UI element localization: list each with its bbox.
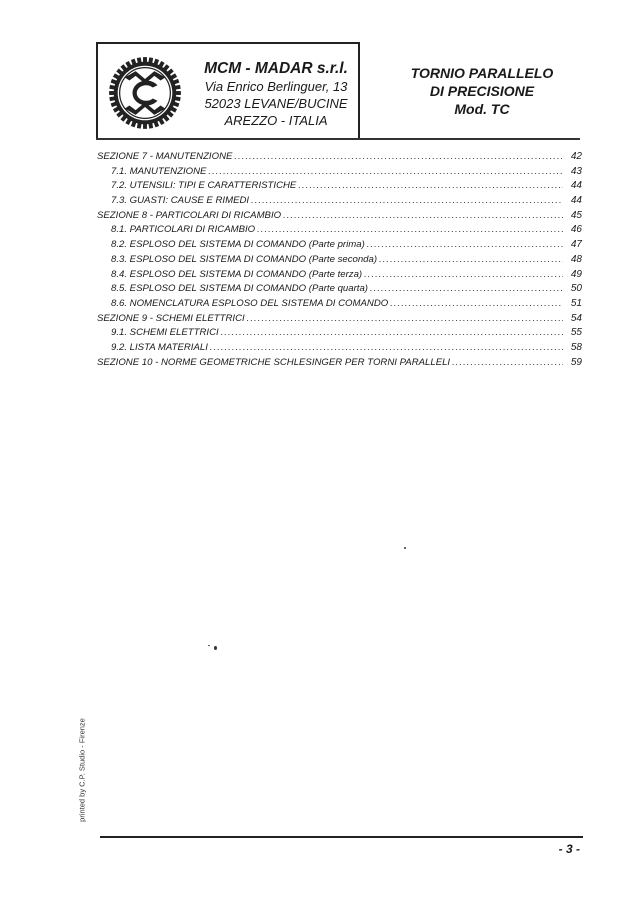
toc-dot-leader [221, 327, 563, 338]
scan-speck [214, 646, 217, 650]
header-rule [96, 138, 580, 140]
toc-entry-page: 43 [566, 166, 582, 177]
toc-entry: 7.2. UTENSILI: TIPI E CARATTERISTICHE44 [97, 180, 582, 195]
toc-dot-leader [247, 313, 563, 324]
toc-entry-page: 54 [566, 313, 582, 324]
footer-rule [100, 836, 583, 838]
toc-entry-page: 59 [566, 357, 582, 368]
company-header-box: MCM - MADAR s.r.l. Via Enrico Berlinguer… [96, 42, 360, 140]
toc-dot-leader [257, 224, 563, 235]
toc-dot-leader [379, 254, 563, 265]
toc-entry-label: 7.1. MANUTENZIONE [111, 166, 206, 177]
toc-entry-page: 44 [566, 195, 582, 206]
toc-entry: 8.5. ESPLOSO DEL SISTEMA DI COMANDO (Par… [97, 283, 582, 298]
toc-entry: 8.3. ESPLOSO DEL SISTEMA DI COMANDO (Par… [97, 254, 582, 269]
toc-entry: 7.1. MANUTENZIONE43 [97, 166, 582, 181]
toc-dot-leader [298, 180, 563, 191]
toc-dot-leader [210, 342, 563, 353]
toc-entry-label: 8.5. ESPLOSO DEL SISTEMA DI COMANDO (Par… [111, 283, 368, 294]
scan-speck [208, 645, 210, 646]
toc-entry-label: 8.1. PARTICOLARI DI RICAMBIO [111, 224, 255, 235]
toc-entry-label: 7.3. GUASTI: CAUSE E RIMEDI [111, 195, 249, 206]
toc-entry-label: 9.2. LISTA MATERIALI [111, 342, 208, 353]
toc-entry-page: 44 [566, 180, 582, 191]
scan-speck [404, 547, 406, 549]
toc-entry-label: SEZIONE 8 - PARTICOLARI DI RICAMBIO [97, 210, 281, 221]
toc-dot-leader [364, 269, 563, 280]
toc-entry-label: SEZIONE 10 - NORME GEOMETRICHE SCHLESING… [97, 357, 450, 368]
product-title: TORNIO PARALLELO DI PRECISIONE Mod. TC [372, 64, 592, 118]
toc-dot-leader [452, 357, 563, 368]
toc-entry: SEZIONE 7 - MANUTENZIONE42 [97, 151, 582, 166]
toc-entry: 9.2. LISTA MATERIALI58 [97, 342, 582, 357]
toc-dot-leader [370, 283, 563, 294]
toc-dot-leader [251, 195, 563, 206]
toc-entry: 7.3. GUASTI: CAUSE E RIMEDI44 [97, 195, 582, 210]
toc-entry-label: SEZIONE 7 - MANUTENZIONE [97, 151, 232, 162]
product-model: Mod. TC [372, 100, 592, 118]
company-info: MCM - MADAR s.r.l. Via Enrico Berlinguer… [196, 59, 356, 129]
toc-dot-leader [208, 166, 563, 177]
product-title-line2: DI PRECISIONE [372, 82, 592, 100]
company-address-line3: AREZZO - ITALIA [196, 112, 356, 129]
toc-entry-label: 8.3. ESPLOSO DEL SISTEMA DI COMANDO (Par… [111, 254, 377, 265]
toc-entry-page: 46 [566, 224, 582, 235]
toc-entry-page: 47 [566, 239, 582, 250]
toc-entry-label: 7.2. UTENSILI: TIPI E CARATTERISTICHE [111, 180, 296, 191]
toc-entry: SEZIONE 9 - SCHEMI ELETTRICI54 [97, 313, 582, 328]
gear-cmc-logo-icon [106, 54, 184, 132]
toc-entry-label: 8.2. ESPLOSO DEL SISTEMA DI COMANDO (Par… [111, 239, 365, 250]
table-of-contents: SEZIONE 7 - MANUTENZIONE427.1. MANUTENZI… [97, 151, 582, 371]
toc-dot-leader [283, 210, 563, 221]
toc-dot-leader [367, 239, 563, 250]
toc-entry: 8.1. PARTICOLARI DI RICAMBIO46 [97, 224, 582, 239]
toc-entry-label: SEZIONE 9 - SCHEMI ELETTRICI [97, 313, 245, 324]
toc-dot-leader [390, 298, 563, 309]
product-title-line1: TORNIO PARALLELO [372, 64, 592, 82]
toc-entry-label: 8.6. NOMENCLATURA ESPLOSO DEL SISTEMA DI… [111, 298, 388, 309]
toc-entry: 9.1. SCHEMI ELETTRICI55 [97, 327, 582, 342]
toc-entry-label: 8.4. ESPLOSO DEL SISTEMA DI COMANDO (Par… [111, 269, 362, 280]
toc-entry-page: 58 [566, 342, 582, 353]
toc-entry-page: 45 [566, 210, 582, 221]
company-address-line2: 52023 LEVANE/BUCINE [196, 95, 356, 112]
toc-entry-page: 55 [566, 327, 582, 338]
toc-entry: SEZIONE 8 - PARTICOLARI DI RICAMBIO45 [97, 210, 582, 225]
toc-entry-page: 42 [566, 151, 582, 162]
toc-entry-page: 51 [566, 298, 582, 309]
toc-entry-label: 9.1. SCHEMI ELETTRICI [111, 327, 219, 338]
company-name: MCM - MADAR s.r.l. [196, 59, 356, 78]
toc-dot-leader [234, 151, 563, 162]
toc-entry: SEZIONE 10 - NORME GEOMETRICHE SCHLESING… [97, 357, 582, 372]
toc-entry-page: 48 [566, 254, 582, 265]
toc-entry-page: 50 [566, 283, 582, 294]
toc-entry-page: 49 [566, 269, 582, 280]
company-address-line1: Via Enrico Berlinguer, 13 [196, 78, 356, 95]
toc-entry: 8.6. NOMENCLATURA ESPLOSO DEL SISTEMA DI… [97, 298, 582, 313]
page-number: - 3 - [540, 842, 580, 856]
toc-entry: 8.4. ESPLOSO DEL SISTEMA DI COMANDO (Par… [97, 269, 582, 284]
toc-entry: 8.2. ESPLOSO DEL SISTEMA DI COMANDO (Par… [97, 239, 582, 254]
printer-note: printed by C.P. Studio - Firenze [78, 718, 87, 822]
